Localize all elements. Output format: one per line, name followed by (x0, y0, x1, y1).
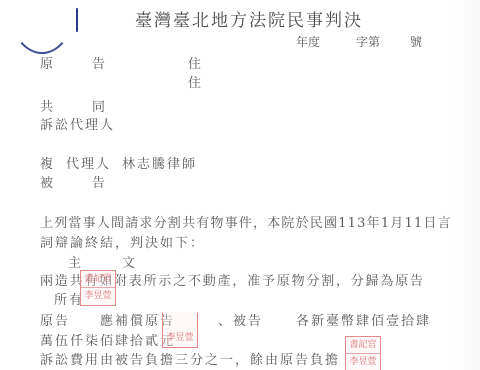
plaintiff-label-2: 告 (92, 53, 107, 72)
clerk-stamp: 李昱萱 (162, 312, 198, 348)
sub-agent-label-2: 代理人 (66, 153, 111, 172)
document-title: 臺灣臺北地方法院民事判決 (135, 6, 363, 31)
order-2-part-3: 、被告 (218, 310, 263, 329)
clerk-stamp: 書記官 李昱萱 (80, 270, 116, 306)
address-label-2: 住 (188, 72, 203, 91)
address-label-1: 住 (188, 53, 203, 72)
intro-line-2: 詞辯論終結，判決如下： (40, 232, 205, 251)
plaintiff-label-1: 原 (40, 53, 55, 72)
stamp-name: 李昱萱 (346, 354, 380, 370)
case-year-label: 年度 (296, 33, 320, 50)
order-3: 訴訟費用由被告負擔三分之一，餘由原告負擔 (40, 349, 340, 368)
joint-label-1: 共 (40, 96, 55, 115)
stamp-title (163, 313, 197, 330)
order-2-line-2: 萬伍仟柒佰肆拾貳元 (40, 330, 175, 349)
sub-agent-label-1: 複 (40, 153, 55, 172)
litigation-agent-label: 訴訟代理人 (40, 114, 115, 133)
order-2-part-4: 各新臺幣肆佰壹拾肆 (296, 310, 431, 329)
intro-line-1: 上列當事人間請求分割共有物事件，本院於民國113年1月11日言 (40, 212, 452, 231)
case-number-label: 號 (410, 33, 422, 50)
page-edge-shadow (450, 0, 480, 370)
court-seal-mark (76, 8, 78, 32)
stamp-name: 李昱萱 (81, 288, 115, 304)
main-text-label-2: 文 (122, 252, 137, 271)
clerk-stamp: 書記官 李昱萱 (345, 336, 381, 370)
sub-agent-name: 林志騰律師 (122, 153, 197, 172)
stamp-title: 書記官 (81, 271, 115, 288)
main-text-label-1: 主 (68, 252, 83, 271)
stamp-name: 李昱萱 (163, 330, 197, 346)
court-seal-arc (10, 0, 74, 54)
stamp-title: 書記官 (346, 337, 380, 354)
defendant-label-1: 被 (40, 172, 55, 191)
defendant-label-2: 告 (92, 172, 107, 191)
joint-label-2: 同 (92, 96, 107, 115)
order-2-part-1: 原告 (40, 310, 70, 329)
case-word-label: 字第 (356, 33, 380, 50)
